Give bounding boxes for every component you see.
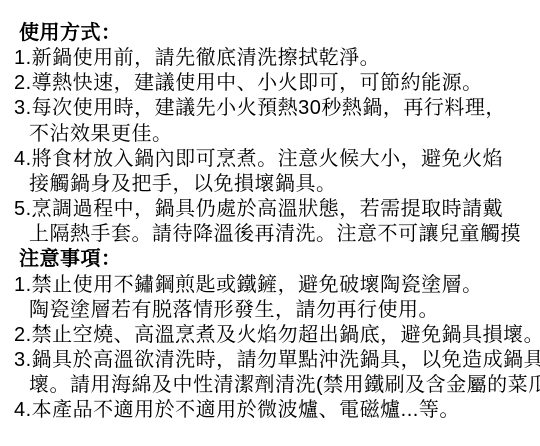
usage-item-3-line-1: 3.每次使用時，建議先小火預熱30秒熱鍋，再行料理， xyxy=(14,96,534,121)
usage-item-4-line-1: 4.將食材放入鍋內即可烹煮。注意火候大小，避免火焰 xyxy=(14,147,534,172)
caution-item-1-line-2: 陶瓷塗層若有脱落情形發生，請勿再行使用。 xyxy=(14,298,534,323)
usage-item-5-line-2: 上隔熱手套。請待降溫後再清洗。注意不可讓兒童觸摸 xyxy=(14,222,534,247)
instruction-document: 使用方式： 1.新鍋使用前，請先徹底清洗擦拭乾淨。 2.導熱快速，建議使用中、小… xyxy=(0,0,540,446)
usage-item-1-line-1: 1.新鍋使用前，請先徹底清洗擦拭乾淨。 xyxy=(14,46,534,71)
caution-section-heading: 注意事項： xyxy=(14,247,534,272)
usage-item-3-line-2: 不沾效果更佳。 xyxy=(14,122,534,147)
caution-item-3-line-1: 3.鍋具於高溫欲清洗時，請勿單點沖洗鍋具，以免造成鍋具損 xyxy=(14,348,534,373)
caution-item-4-line-1: 4.本產品不適用於不適用於微波爐、電磁爐...等。 xyxy=(14,398,534,423)
usage-item-2-line-1: 2.導熱快速，建議使用中、小火即可，可節約能源。 xyxy=(14,71,534,96)
usage-item-4-line-2: 接觸鍋身及把手，以免損壞鍋具。 xyxy=(14,172,534,197)
usage-item-5-line-1: 5.烹調過程中，鍋具仍處於高溫狀態，若需提取時請戴 xyxy=(14,197,534,222)
caution-item-3-line-2: 壞。請用海綿及中性清潔劑清洗(禁用鐵刷及含金屬的菜瓜布) xyxy=(14,373,534,398)
usage-section-heading: 使用方式： xyxy=(14,21,534,46)
caution-item-2-line-1: 2.禁止空燒、高溫烹煮及火焰勿超出鍋底，避免鍋具損壞。 xyxy=(14,323,534,348)
caution-item-1-line-1: 1.禁止使用不鏽鋼煎匙或鐵鏟，避免破壞陶瓷塗層。 xyxy=(14,273,534,298)
